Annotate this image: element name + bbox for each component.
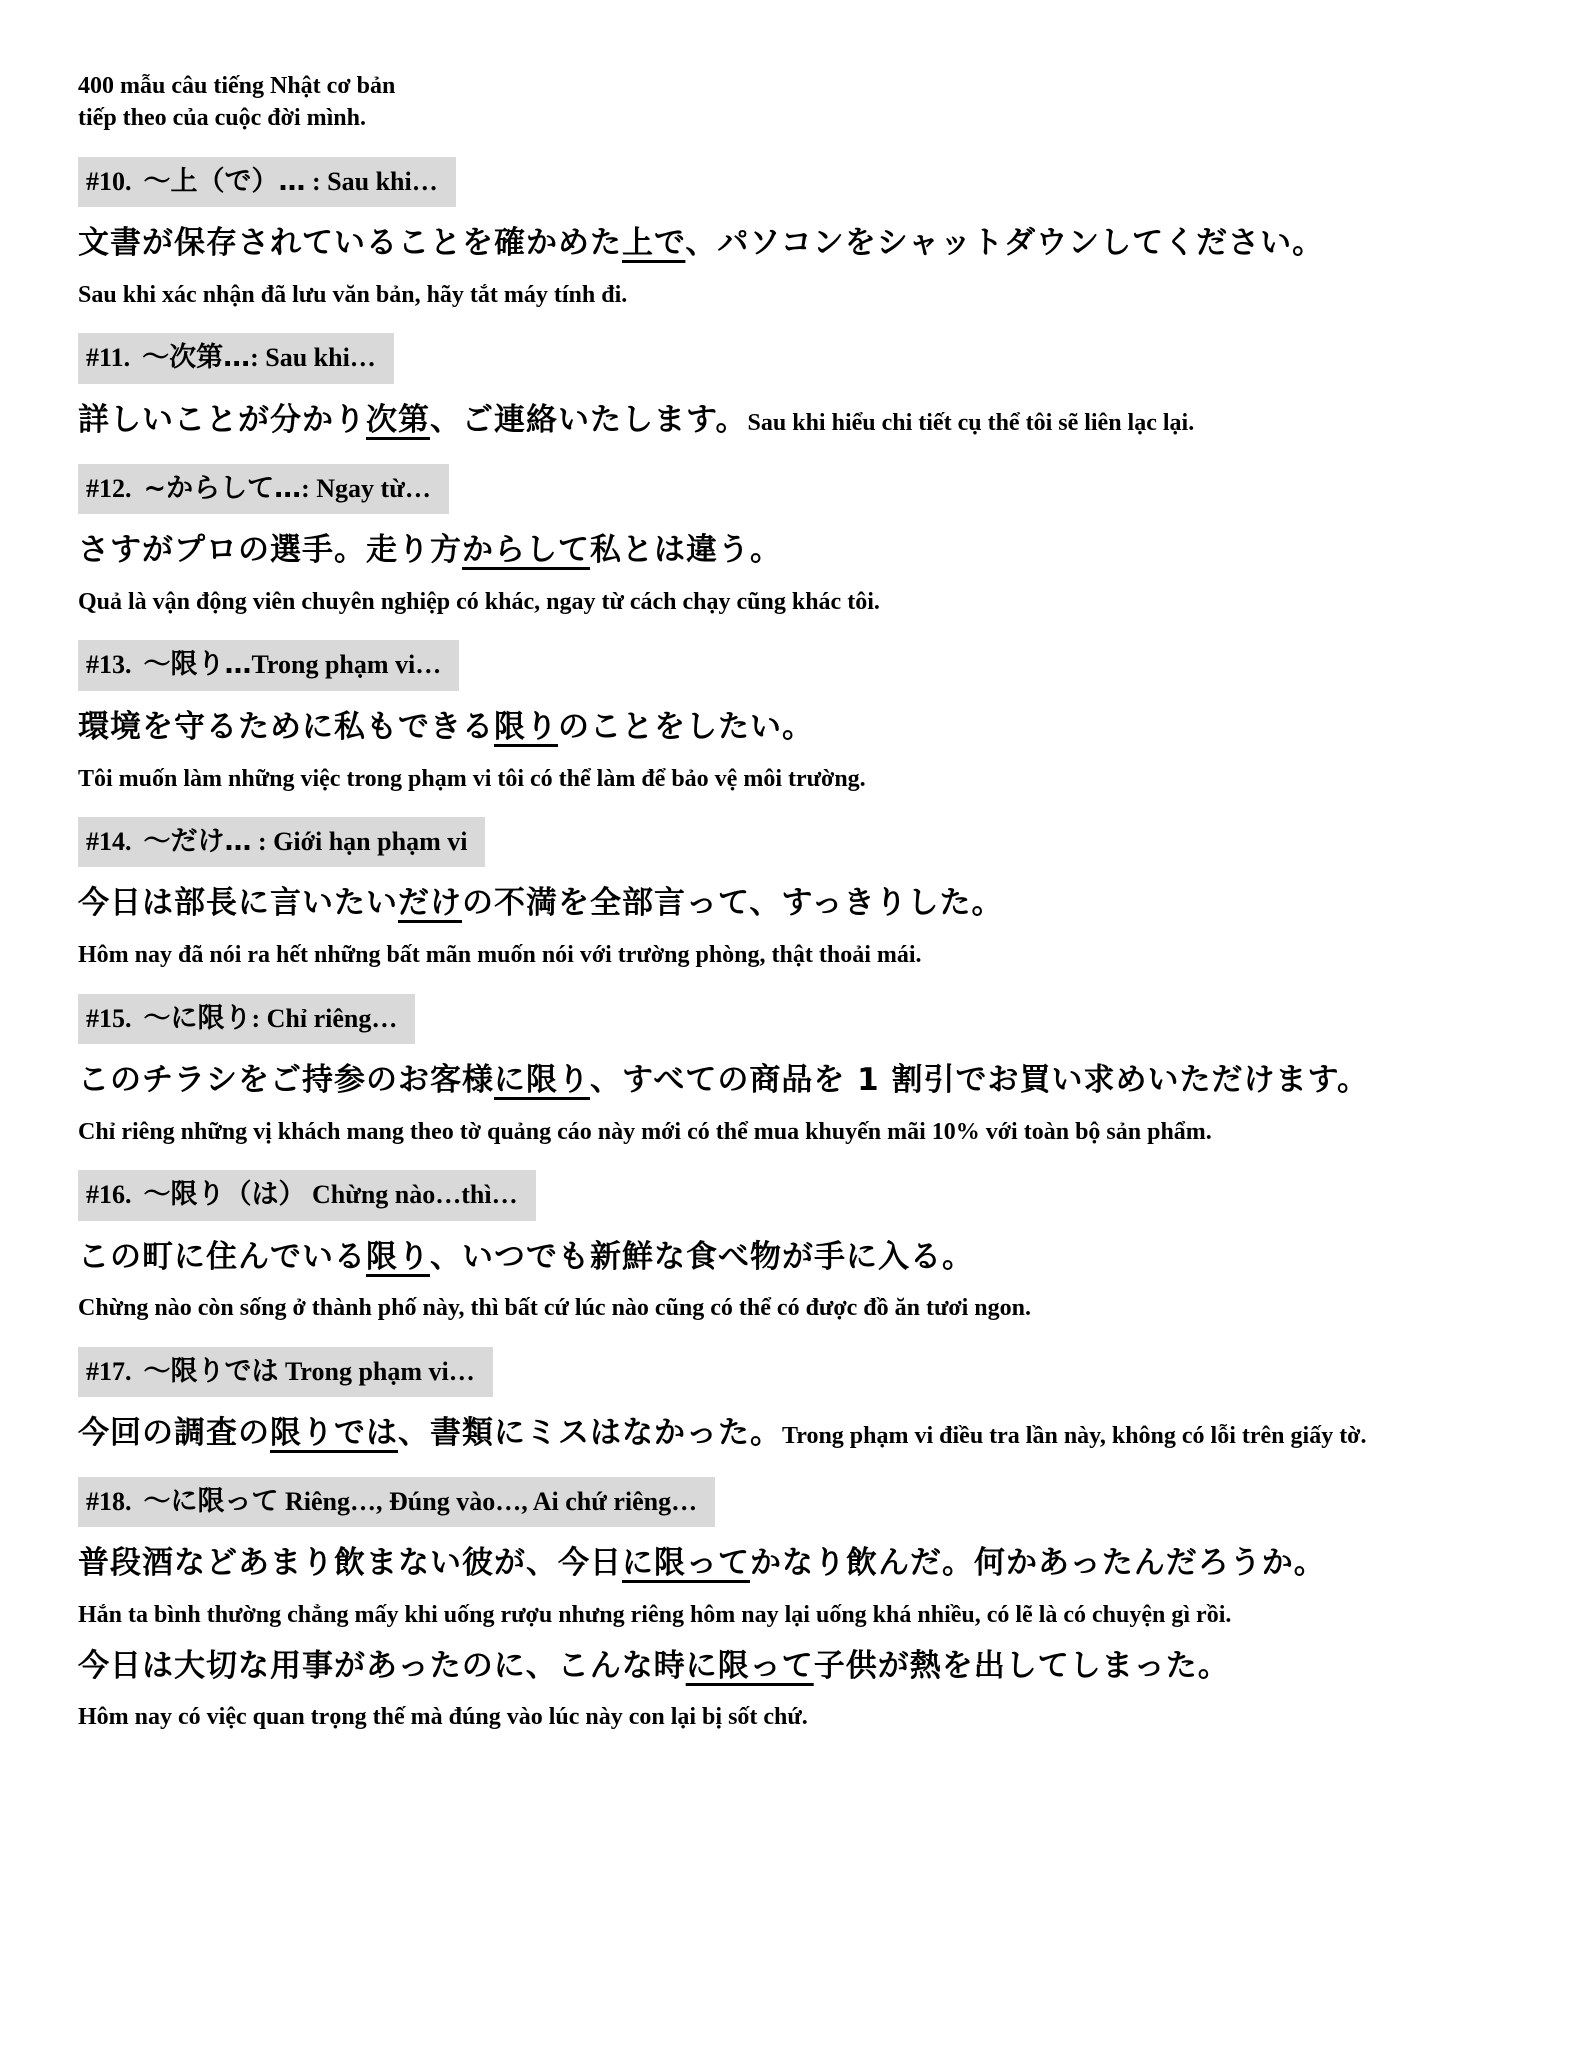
section-15: #15.～に限り: Chỉ riêng…このチラシをご持参のお客様に限り、すべて… bbox=[78, 994, 1525, 1149]
section-10: #10.～上（で）… : Sau khi…文書が保存されていることを確かめた上で… bbox=[78, 157, 1525, 312]
text-segment: 、いつでも新鮮な食べ物が手に入る。 bbox=[430, 1239, 974, 1275]
inline-vi-translation: Trong phạm vi điều tra lần này, không có… bbox=[782, 1423, 1366, 1449]
text-segment: ～だけ… bbox=[144, 826, 252, 857]
grammar-pattern-underlined: に限って bbox=[686, 1648, 814, 1684]
section-heading-16: #16.～限り（は） Chừng nào…thì… bbox=[78, 1170, 536, 1220]
vi-translation: Chỉ riêng những vị khách mang theo tờ qu… bbox=[78, 1116, 1525, 1148]
doc-header-line-2: tiếp theo của cuộc đời mình. bbox=[78, 102, 1525, 134]
vi-translation: Hắn ta bình thường chẳng mấy khi uống rư… bbox=[78, 1599, 1525, 1631]
vi-translation: Sau khi xác nhận đã lưu văn bản, hãy tắt… bbox=[78, 279, 1525, 311]
text-segment: Trong phạm vi… bbox=[279, 1357, 475, 1386]
section-14: #14.～だけ… : Giới hạn phạm vi今日は部長に言いたいだけの… bbox=[78, 817, 1525, 972]
sections: #10.～上（で）… : Sau khi…文書が保存されていることを確かめた上で… bbox=[78, 157, 1525, 1734]
text-segment: #12. bbox=[86, 474, 132, 503]
section-heading-15: #15.～に限り: Chỉ riêng… bbox=[78, 994, 415, 1044]
text-segment: ～上（で）… bbox=[144, 166, 306, 197]
section-heading-row-16: #16.～限り（は） Chừng nào…thì… bbox=[78, 1170, 1525, 1220]
grammar-pattern-underlined: からして bbox=[462, 532, 590, 568]
section-heading-row-12: #12.~からして…: Ngay từ… bbox=[78, 464, 1525, 514]
text-segment: 今回の調査の bbox=[78, 1415, 270, 1451]
text-segment: #17. bbox=[86, 1357, 132, 1386]
section-heading-11: #11.～次第…: Sau khi… bbox=[78, 333, 394, 383]
document-page: 400 mẫu câu tiếng Nhật cơ bản tiếp theo … bbox=[0, 0, 1583, 1734]
text-segment: : Ngay từ… bbox=[301, 474, 431, 503]
text-segment: 子供が熱を出してしまった。 bbox=[814, 1648, 1230, 1684]
grammar-pattern-underlined: 次第 bbox=[366, 402, 430, 438]
text-segment: #13. bbox=[86, 650, 132, 679]
text-segment: : Sau khi… bbox=[306, 167, 438, 196]
section-18: #18.～に限って Riêng…, Đúng vào…, Ai chứ riên… bbox=[78, 1477, 1525, 1734]
text-segment: Quả là vận động viên chuyên nghiệp có kh… bbox=[78, 589, 880, 615]
vi-translation: Hôm nay đã nói ra hết những bất mãn muốn… bbox=[78, 939, 1525, 971]
grammar-pattern-underlined: 上で bbox=[622, 225, 685, 261]
section-heading-row-11: #11.～次第…: Sau khi… bbox=[78, 333, 1525, 383]
jp-sentence: 今日は大切な用事があったのに、こんな時に限って子供が熱を出してしまった。 bbox=[78, 1646, 1525, 1688]
text-segment: ～限りでは bbox=[144, 1356, 279, 1387]
text-segment: Chỉ riêng những vị khách mang theo tờ qu… bbox=[78, 1119, 1212, 1145]
text-segment: 文書が保存されていることを確かめた bbox=[78, 225, 622, 261]
section-heading-row-10: #10.～上（で）… : Sau khi… bbox=[78, 157, 1525, 207]
text-segment: このチラシをご持参のお客様 bbox=[78, 1062, 494, 1098]
text-segment: ~からして… bbox=[144, 473, 302, 504]
text-segment: Hắn ta bình thường chẳng mấy khi uống rư… bbox=[78, 1602, 1231, 1628]
section-13: #13.～限り…Trong phạm vi…環境を守るために私もできる限りのこと… bbox=[78, 640, 1525, 795]
grammar-pattern-underlined: 限りでは bbox=[270, 1415, 398, 1451]
jp-sentence: この町に住んでいる限り、いつでも新鮮な食べ物が手に入る。 bbox=[78, 1237, 1525, 1279]
text-segment: 詳しいことが分かり bbox=[78, 402, 366, 438]
jp-sentence: 文書が保存されていることを確かめた上で、パソコンをシャットダウンしてください。 bbox=[78, 223, 1525, 265]
text-segment: この町に住んでいる bbox=[78, 1239, 366, 1275]
text-segment: Hôm nay có việc quan trọng thế mà đúng v… bbox=[78, 1704, 808, 1730]
text-segment: ～限り… bbox=[144, 649, 252, 680]
section-heading-14: #14.～だけ… : Giới hạn phạm vi bbox=[78, 817, 485, 867]
section-12: #12.~からして…: Ngay từ…さすがプロの選手。走り方からして私とは違… bbox=[78, 464, 1525, 619]
text-segment: 今日は部長に言いたい bbox=[78, 885, 398, 921]
text-segment: : Chỉ riêng… bbox=[252, 1004, 398, 1033]
text-segment: ～に限り bbox=[144, 1003, 252, 1034]
section-heading-row-14: #14.～だけ… : Giới hạn phạm vi bbox=[78, 817, 1525, 867]
grammar-pattern-underlined: に限り bbox=[494, 1062, 590, 1098]
text-segment: ～に限って bbox=[144, 1486, 279, 1517]
text-segment: 、すべての商品を 1 割引でお買い求めいただけます。 bbox=[590, 1062, 1369, 1098]
text-segment: #15. bbox=[86, 1004, 132, 1033]
text-segment: Riêng…, Đúng vào…, Ai chứ riêng… bbox=[279, 1487, 698, 1516]
jp-sentence: 環境を守るために私もできる限りのことをしたい。 bbox=[78, 707, 1525, 749]
jp-sentence: さすがプロの選手。走り方からして私とは違う。 bbox=[78, 530, 1525, 572]
grammar-pattern-underlined: に限って bbox=[622, 1545, 750, 1581]
text-segment: 、書類にミスはなかった。 bbox=[398, 1415, 782, 1451]
text-segment: #18. bbox=[86, 1487, 132, 1516]
jp-sentence: 今回の調査の限りでは、書類にミスはなかった。Trong phạm vi điều… bbox=[78, 1413, 1525, 1455]
text-segment: の不満を全部言って、すっきりした。 bbox=[462, 885, 1004, 921]
text-segment: Chừng nào còn sống ở thành phố này, thì … bbox=[78, 1295, 1031, 1321]
text-segment: #11. bbox=[86, 343, 130, 372]
text-segment: #14. bbox=[86, 827, 132, 856]
vi-translation: Chừng nào còn sống ở thành phố này, thì … bbox=[78, 1292, 1525, 1324]
section-heading-10: #10.～上（で）… : Sau khi… bbox=[78, 157, 456, 207]
vi-translation: Quả là vận động viên chuyên nghiệp có kh… bbox=[78, 586, 1525, 618]
text-segment: さすがプロの選手。走り方 bbox=[78, 532, 462, 568]
section-heading-17: #17.～限りでは Trong phạm vi… bbox=[78, 1347, 493, 1397]
section-17: #17.～限りでは Trong phạm vi…今回の調査の限りでは、書類にミス… bbox=[78, 1347, 1525, 1455]
section-16: #16.～限り（は） Chừng nào…thì…この町に住んでいる限り、いつで… bbox=[78, 1170, 1525, 1325]
grammar-pattern-underlined: だけ bbox=[398, 885, 462, 921]
text-segment: Chừng nào…thì… bbox=[306, 1180, 518, 1209]
doc-header: 400 mẫu câu tiếng Nhật cơ bản tiếp theo … bbox=[78, 70, 1525, 135]
section-heading-row-15: #15.～に限り: Chỉ riêng… bbox=[78, 994, 1525, 1044]
section-heading-12: #12.~からして…: Ngay từ… bbox=[78, 464, 449, 514]
text-segment: #16. bbox=[86, 1180, 132, 1209]
section-heading-18: #18.～に限って Riêng…, Đúng vào…, Ai chứ riên… bbox=[78, 1477, 715, 1527]
vi-translation: Tôi muốn làm những việc trong phạm vi tô… bbox=[78, 763, 1525, 795]
text-segment: のことをしたい。 bbox=[558, 709, 814, 745]
vi-translation: Hôm nay có việc quan trọng thế mà đúng v… bbox=[78, 1701, 1525, 1733]
grammar-pattern-underlined: 限り bbox=[366, 1239, 430, 1275]
text-segment: ～限り（は） bbox=[144, 1179, 306, 1210]
grammar-pattern-underlined: 限り bbox=[494, 709, 558, 745]
section-heading-row-17: #17.～限りでは Trong phạm vi… bbox=[78, 1347, 1525, 1397]
jp-sentence: 今日は部長に言いたいだけの不満を全部言って、すっきりした。 bbox=[78, 883, 1525, 925]
jp-sentence: 普段酒などあまり飲まない彼が、今日に限ってかなり飲んだ。何かあったんだろうか。 bbox=[78, 1543, 1525, 1585]
text-segment: Hôm nay đã nói ra hết những bất mãn muốn… bbox=[78, 942, 922, 968]
text-segment: 、ご連絡いたします。 bbox=[430, 402, 748, 438]
text-segment: : Giới hạn phạm vi bbox=[252, 827, 468, 856]
text-segment: 普段酒などあまり飲まない彼が、今日 bbox=[78, 1545, 622, 1581]
jp-sentence: 詳しいことが分かり次第、ご連絡いたします。Sau khi hiểu chi ti… bbox=[78, 400, 1525, 442]
text-segment: Sau khi xác nhận đã lưu văn bản, hãy tắt… bbox=[78, 282, 627, 308]
section-heading-row-18: #18.～に限って Riêng…, Đúng vào…, Ai chứ riên… bbox=[78, 1477, 1525, 1527]
section-heading-row-13: #13.～限り…Trong phạm vi… bbox=[78, 640, 1525, 690]
text-segment: 今日は大切な用事があったのに、こんな時 bbox=[78, 1648, 686, 1684]
text-segment: 環境を守るために私もできる bbox=[78, 709, 494, 745]
text-segment: 、パソコンをシャットダウンしてください。 bbox=[685, 225, 1324, 261]
text-segment: 私とは違う。 bbox=[590, 532, 782, 568]
doc-header-line-1: 400 mẫu câu tiếng Nhật cơ bản bbox=[78, 70, 1525, 102]
text-segment: Trong phạm vi… bbox=[252, 650, 442, 679]
text-segment: Tôi muốn làm những việc trong phạm vi tô… bbox=[78, 766, 866, 792]
text-segment: ～次第… bbox=[142, 342, 250, 373]
section-heading-13: #13.～限り…Trong phạm vi… bbox=[78, 640, 459, 690]
text-segment: : Sau khi… bbox=[250, 343, 376, 372]
text-segment: かなり飲んだ。何かあったんだろうか。 bbox=[750, 1545, 1326, 1581]
text-segment: #10. bbox=[86, 167, 132, 196]
section-11: #11.～次第…: Sau khi…詳しいことが分かり次第、ご連絡いたします。S… bbox=[78, 333, 1525, 441]
jp-sentence: このチラシをご持参のお客様に限り、すべての商品を 1 割引でお買い求めいただけま… bbox=[78, 1060, 1525, 1102]
inline-vi-translation: Sau khi hiểu chi tiết cụ thể tôi sẽ liên… bbox=[748, 410, 1195, 436]
